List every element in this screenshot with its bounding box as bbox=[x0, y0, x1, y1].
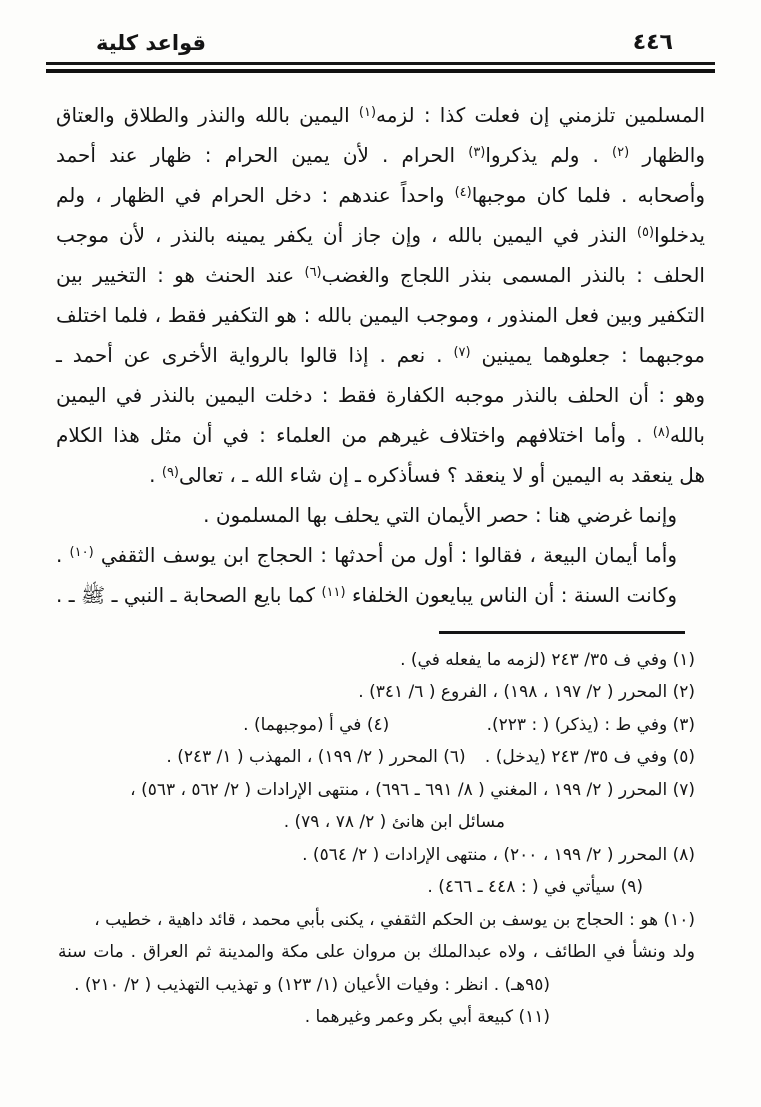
footnote-10: (١٠) هو : الحجاج بن يوسف بن الحكم الثقفي… bbox=[58, 904, 695, 937]
footnote-row-5-6: (٥) وفي ف ٣٥/ ٢٤٣ (يدخل) . (٦) المحرر ( … bbox=[58, 741, 695, 774]
rule-thin bbox=[46, 62, 715, 65]
footnote-11: (١١) كبيعة أبي بكر وعمر وغيرهما . bbox=[58, 1001, 695, 1034]
scanned-book-page: قواعد كلية ٤٤٦ المسلمين تلزمني إن فعلت ك… bbox=[0, 0, 761, 1107]
footnote-5: (٥) وفي ف ٣٥/ ٢٤٣ (يدخل) . bbox=[466, 741, 695, 774]
footnote-row-3-4: (٣) وفي ط : (يذكر) ( : ٢٢٣). (٤) في أ (م… bbox=[58, 709, 695, 742]
body-paragraph-line: وكانت السنة : أن الناس يبايعون الخلفاء (… bbox=[56, 575, 705, 615]
footnote-9: (٩) سيأتي في ( : ٤٤٨ ـ ٤٦٦) . bbox=[58, 871, 695, 904]
header-double-rule bbox=[46, 62, 715, 73]
footnote-7: (٧) المحرر ( ٢/ ١٩٩ ، المغني ( ٨/ ٦٩١ ـ … bbox=[58, 774, 695, 807]
body-line: موجبهما : جعلوهما يمينين (٧) . نعم . إذا… bbox=[56, 335, 705, 375]
footnote-separator bbox=[439, 631, 685, 634]
body-line: المسلمين تلزمني إن فعلت كذا : لزمه(١) ال… bbox=[56, 95, 705, 135]
footnote-2: (٢) المحرر ( ٢/ ١٩٧ ، ١٩٨) ، الفروع ( ٦/… bbox=[58, 676, 695, 709]
body-line: الحلف : بالنذر المسمى بنذر اللجاج والغضب… bbox=[56, 255, 705, 295]
body-line: يدخلوا(٥) النذر في اليمين بالله ، وإن جا… bbox=[56, 215, 705, 255]
footnote-10-continuation: (٩٥هـ) . انظر : وفيات الأعيان (١/ ١٢٣) و… bbox=[58, 969, 695, 1002]
footnote-10-continuation: ولد ونشأ في الطائف ، ولاه عبدالملك بن مر… bbox=[58, 936, 695, 969]
body-line: وهو : أن الحلف بالنذر موجبه الكفارة فقط … bbox=[56, 375, 705, 415]
body-text: المسلمين تلزمني إن فعلت كذا : لزمه(١) ال… bbox=[56, 95, 705, 615]
body-line: التكفير وبين فعل المنذور ، وموجب اليمين … bbox=[56, 295, 705, 335]
footnotes-section: (١) وفي ف ٣٥/ ٢٤٣ (لزمه ما يفعله في) . (… bbox=[58, 644, 695, 1034]
body-line: وأصحابه . فلما كان موجبها(٤) واحداً عنده… bbox=[56, 175, 705, 215]
rule-thick bbox=[46, 69, 715, 73]
body-paragraph-line: وإنما غرضي هنا : حصر الأيمان التي يحلف ب… bbox=[56, 495, 705, 535]
footnote-4: (٤) في أ (موجبهما) . bbox=[58, 709, 389, 742]
body-line: بالله(٨) . وأما اختلافهم واختلاف غيرهم م… bbox=[56, 415, 705, 455]
footnote-7-continuation: مسائل ابن هانئ ( ٢/ ٧٨ ، ٧٩) . bbox=[58, 806, 695, 839]
body-paragraph-line: وأما أيمان البيعة ، فقالوا : أول من أحدث… bbox=[56, 535, 705, 575]
page-header: قواعد كلية ٤٤٦ bbox=[96, 30, 673, 55]
footnote-8: (٨) المحرر ( ٢/ ١٩٩ ، ٢٠٠) ، منتهى الإرا… bbox=[58, 839, 695, 872]
footnote-3: (٣) وفي ط : (يذكر) ( : ٢٢٣). bbox=[389, 709, 695, 742]
book-title: قواعد كلية bbox=[96, 31, 206, 55]
body-line: هل ينعقد به اليمين أو لا ينعقد ؟ فسأذكره… bbox=[56, 455, 705, 495]
footnote-6: (٦) المحرر ( ٢/ ١٩٩) ، المهذب ( ١/ ٢٤٣) … bbox=[58, 741, 466, 774]
page-number: ٤٤٦ bbox=[633, 30, 673, 55]
footnote-1: (١) وفي ف ٣٥/ ٢٤٣ (لزمه ما يفعله في) . bbox=[58, 644, 695, 677]
body-line: والظهار (٢) . ولم يذكروا(٣) الحرام . لأن… bbox=[56, 135, 705, 175]
